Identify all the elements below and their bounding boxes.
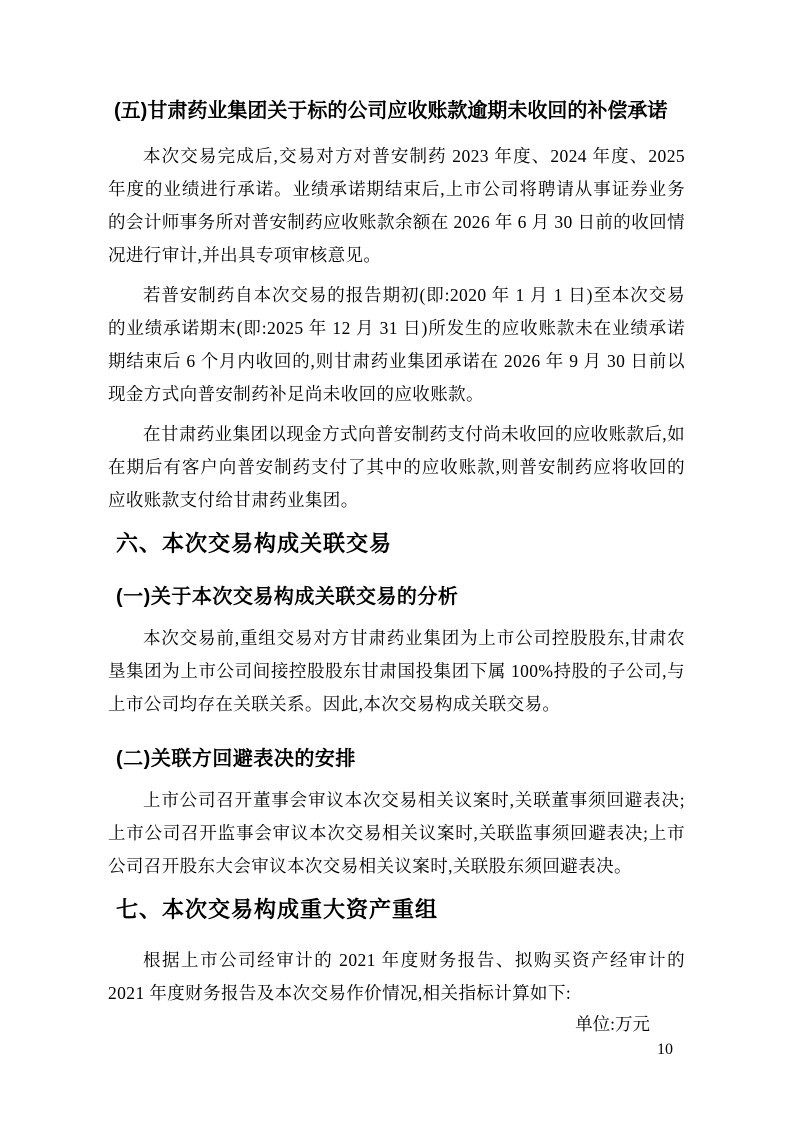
unit-note: 单位:万元	[108, 1011, 685, 1037]
paragraph-major-restructuring-basis: 根据上市公司经审计的 2021 年度财务报告、拟购买资产经审计的 2021 年度…	[108, 944, 685, 1010]
paragraph-voting-avoidance: 上市公司召开董事会审议本次交易相关议案时,关联董事须回避表决;上市公司召开监事会…	[108, 784, 685, 883]
sub-heading-six-two: (二)关联方回避表决的安排	[116, 745, 685, 773]
paragraph-performance-commitment: 本次交易完成后,交易对方对普安制药 2023 年度、2024 年度、2025 年…	[108, 140, 685, 272]
chapter-heading-six: 六、本次交易构成关联交易	[116, 529, 685, 559]
page-number: 10	[657, 1040, 673, 1060]
sub-heading-six-one: (一)关于本次交易构成关联交易的分析	[116, 583, 685, 611]
section-heading-five: (五)甘肃药业集团关于标的公司应收账款逾期未收回的补偿承诺	[114, 98, 685, 124]
document-page: (五)甘肃药业集团关于标的公司应收账款逾期未收回的补偿承诺 本次交易完成后,交易…	[0, 0, 793, 1122]
chapter-heading-seven: 七、本次交易构成重大资产重组	[116, 895, 685, 925]
paragraph-receivables-deadline: 若普安制药自本次交易的报告期初(即:2020 年 1 月 1 日)至本次交易的业…	[108, 279, 685, 411]
document-content: (五)甘肃药业集团关于标的公司应收账款逾期未收回的补偿承诺 本次交易完成后,交易…	[0, 98, 793, 1037]
paragraph-repayment-to-group: 在甘肃药业集团以现金方式向普安制药支付尚未收回的应收账款后,如在期后有客户向普安…	[108, 418, 685, 517]
paragraph-related-party-analysis: 本次交易前,重组交易对方甘肃药业集团为上市公司控股股东,甘肃农垦集团为上市公司间…	[108, 622, 685, 721]
